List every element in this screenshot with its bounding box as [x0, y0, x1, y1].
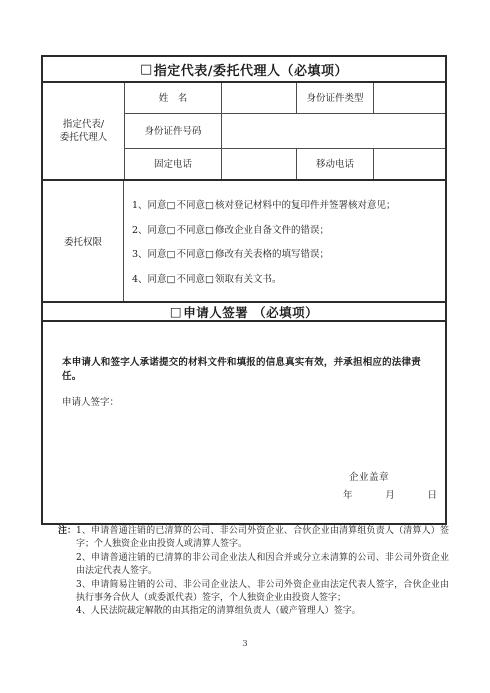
authority-item-2-mid: 不同意: [177, 225, 206, 236]
registration-form-table: □指定代表/委托代理人（必填项） 指定代表/ 委托代理人 姓 名 身份证件类型 …: [41, 55, 447, 525]
company-seal-area: 企业盖章 年 月 日: [343, 469, 437, 501]
id-type-label: 身份证件类型: [296, 83, 373, 113]
company-seal-label: 企业盖章: [349, 469, 437, 483]
disagree-checkbox-icon[interactable]: □: [205, 274, 214, 285]
note-item-3: 3、申请简易注销的公司、非公司企业法人、非公司外资企业由法定代表人签字，合伙企业…: [76, 579, 449, 606]
authority-item-3: 3、同意□不同意□修改有关表格的填写错误；: [132, 243, 439, 268]
authority-item-3-pre: 3、同意: [132, 249, 167, 260]
date-row: 年 月 日: [343, 487, 437, 501]
commitment-statement: 本申请人和签字人承诺提交的材料文件和填报的信息真实有效，并承担相应的法律责任。: [62, 354, 431, 382]
rep-section-title: 指定代表/委托代理人（必填项）: [154, 60, 348, 79]
id-number-value-cell[interactable]: [221, 113, 445, 148]
form-page: □指定代表/委托代理人（必填项） 指定代表/ 委托代理人 姓 名 身份证件类型 …: [0, 0, 490, 693]
authority-row: 委托权限 1、同意□不同意□核对登记材料中的复印件并签署核对意见； 2、同意□不…: [43, 179, 445, 301]
agree-checkbox-icon[interactable]: □: [167, 225, 176, 236]
disagree-checkbox-icon[interactable]: □: [205, 249, 214, 260]
name-value-cell[interactable]: [221, 83, 296, 113]
authority-item-1-tail: 核对登记材料中的复印件并签署核对意见；: [215, 200, 396, 211]
agree-checkbox-icon[interactable]: □: [167, 274, 176, 285]
applicant-signature-label[interactable]: 申请人签字：: [62, 394, 119, 408]
signature-box: 本申请人和签字人承诺提交的材料文件和填报的信息真实有效，并承担相应的法律责任。 …: [43, 322, 445, 515]
authority-item-4-tail: 领取有关文书。: [215, 274, 282, 285]
id-number-label: 身份证件号码: [124, 113, 221, 148]
rep-side-label-line1: 指定代表/: [63, 118, 104, 131]
authority-item-4-mid: 不同意: [177, 274, 206, 285]
agree-checkbox-icon[interactable]: □: [167, 249, 176, 260]
disagree-checkbox-icon[interactable]: □: [205, 200, 214, 211]
rep-section-header: □指定代表/委托代理人（必填项）: [43, 57, 445, 83]
authority-label: 委托权限: [43, 181, 124, 301]
rep-info-grid: 指定代表/ 委托代理人 姓 名 身份证件类型 身份证件号码 固定电话 移动电话: [43, 83, 445, 179]
footnotes: 注： 1、申请普通注销的已清算的公司、非公司外资企业、合伙企业由清算组负责人（清…: [58, 525, 449, 619]
authority-item-2-tail: 修改企业自备文件的错误；: [215, 225, 329, 236]
authority-item-1: 1、同意□不同意□核对登记材料中的复印件并签署核对意见；: [132, 194, 439, 219]
disagree-checkbox-icon[interactable]: □: [205, 225, 214, 236]
mobile-label: 移动电话: [296, 148, 373, 179]
month-label[interactable]: 月: [385, 487, 395, 501]
authority-item-4: 4、同意□不同意□领取有关文书。: [132, 268, 439, 293]
note-item-2: 2、申请普通注销的已清算的非公司企业法人和因合并或分立未清算的公司、非公司外资企…: [76, 552, 449, 579]
rep-section-checkbox-icon[interactable]: □: [140, 62, 153, 77]
authority-item-1-mid: 不同意: [177, 200, 206, 211]
sign-section-title: 申请人签署 （必填项）: [183, 303, 318, 321]
authority-item-1-pre: 1、同意: [132, 200, 167, 211]
year-label[interactable]: 年: [343, 487, 353, 501]
authority-items: 1、同意□不同意□核对登记材料中的复印件并签署核对意见； 2、同意□不同意□修改…: [124, 181, 445, 301]
authority-item-2: 2、同意□不同意□修改企业自备文件的错误；: [132, 219, 439, 244]
telephone-label: 固定电话: [124, 148, 221, 179]
sign-section-header: □申请人签署 （必填项）: [43, 301, 445, 322]
telephone-value-cell[interactable]: [221, 148, 296, 179]
rep-side-label-line2: 委托代理人: [60, 131, 108, 144]
id-type-value-cell[interactable]: [373, 83, 445, 113]
rep-side-label: 指定代表/ 委托代理人: [43, 83, 124, 179]
authority-item-3-mid: 不同意: [177, 249, 206, 260]
page-number: 3: [0, 639, 490, 649]
agree-checkbox-icon[interactable]: □: [167, 200, 176, 211]
note-item-4: 4、人民法院裁定解散的由其指定的清算组负责人（破产管理人）签字。: [76, 605, 449, 618]
note-item-1: 1、申请普通注销的已清算的公司、非公司外资企业、合伙企业由清算组负责人（清算人）…: [76, 525, 449, 552]
authority-item-2-pre: 2、同意: [132, 225, 167, 236]
note-label: 注：: [58, 525, 76, 538]
authority-item-3-tail: 修改有关表格的填写错误；: [215, 249, 329, 260]
day-label[interactable]: 日: [427, 487, 437, 501]
name-label: 姓 名: [124, 83, 221, 113]
mobile-value-cell[interactable]: [373, 148, 445, 179]
sign-section-checkbox-icon[interactable]: □: [170, 304, 182, 319]
authority-item-4-pre: 4、同意: [132, 274, 167, 285]
